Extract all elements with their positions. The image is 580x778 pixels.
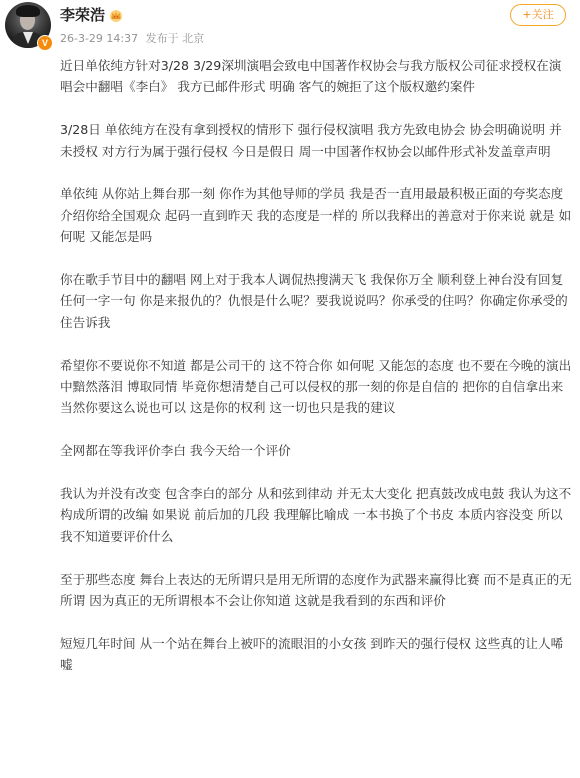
post-paragraph: 短短几年时间 从一个站在舞台上被吓的流眼泪的小女孩 到昨天的强行侵权 这些真的让… [60, 633, 572, 676]
username[interactable]: 李荣浩 [60, 5, 105, 25]
post-paragraph: 全网都在等我评价李白 我今天给一个评价 [60, 440, 572, 461]
post-source: 发布于 北京 [146, 32, 205, 45]
post-paragraph: 单依纯 从你站上舞台那一刻 你作为其他导师的学员 我是否一直用最最积极正面的夸奖… [60, 183, 572, 247]
post-paragraph: 希望你不要说你不知道 都是公司干的 这不符合你 如何呢 又能怎的态度 也不要在今… [60, 355, 572, 419]
post-paragraph: 近日单依纯方针对3/28 3/29深圳演唱会致电中国著作权协会与我方版权公司征求… [60, 55, 572, 98]
post-paragraph: 你在歌手节目中的翻唱 网上对于我本人调侃热搜满天飞 我保你万全 顺利登上神台没有… [60, 269, 572, 333]
weibo-post: V 李荣浩 26-3-29 14:37 发布于 北京 +关注 近日单依纯方针对3… [0, 0, 580, 778]
avatar-hair [16, 5, 40, 17]
timestamp[interactable]: 26-3-29 14:37 [60, 32, 138, 45]
post-body: 近日单依纯方针对3/28 3/29深圳演唱会致电中国著作权协会与我方版权公司征求… [60, 55, 572, 697]
post-meta: 26-3-29 14:37 发布于 北京 [60, 32, 208, 46]
post-paragraph: 我认为并没有改变 包含李白的部分 从和弦到律动 并无太大变化 把真鼓改成电鼓 我… [60, 483, 572, 547]
verified-v-icon: V [37, 35, 53, 51]
post-header: V 李荣浩 26-3-29 14:37 发布于 北京 +关注 [0, 0, 580, 52]
crown-icon [108, 8, 124, 22]
post-paragraph: 3/28日 单依纯方在没有拿到授权的情形下 强行侵权演唱 我方先致电协会 协会明… [60, 119, 572, 162]
follow-button[interactable]: +关注 [510, 4, 566, 26]
post-paragraph: 至于那些态度 舞台上表达的无所谓只是用无所谓的态度作为武器来赢得比赛 而不是真正… [60, 569, 572, 612]
